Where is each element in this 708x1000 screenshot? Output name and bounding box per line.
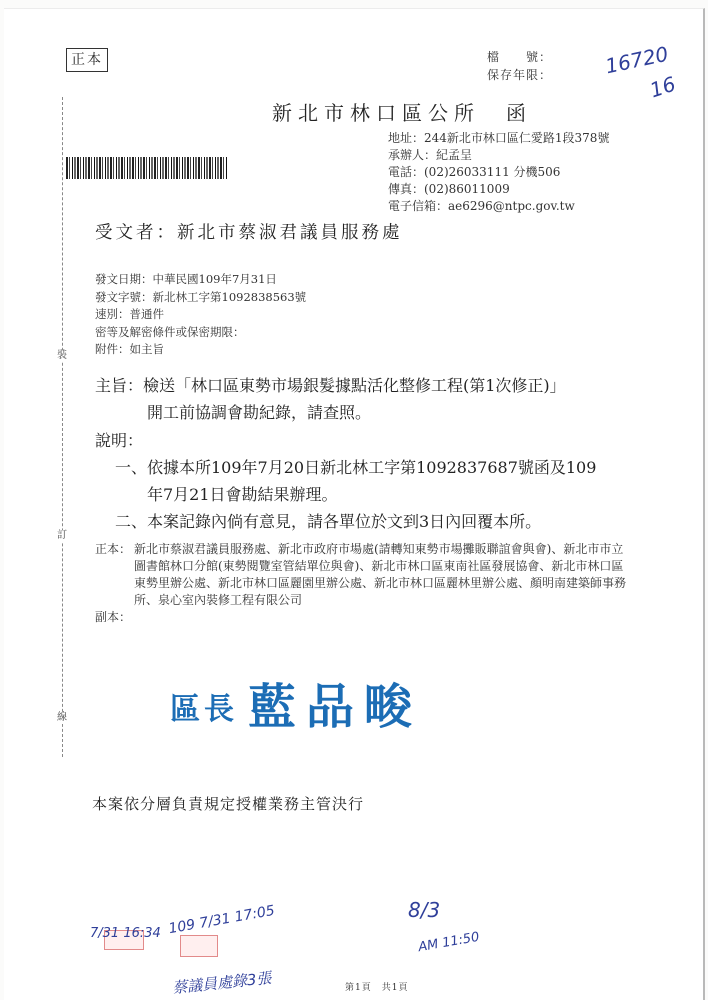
signature-title: 區長 bbox=[170, 692, 238, 727]
binding-char-zhuang: 裝 bbox=[57, 350, 67, 362]
page-number: 第1頁 共1頁 bbox=[345, 980, 408, 993]
phone: 電話：(02)26033111 分機506 bbox=[388, 164, 609, 181]
explanation-item-2: 二、本案記錄內倘有意見，請各單位於文到3日內回覆本所。 bbox=[95, 508, 596, 535]
binding-line bbox=[62, 97, 63, 757]
file-info: 檔 號： 保存年限： bbox=[487, 48, 552, 84]
address: 地址：244新北市林口區仁愛路1段378號 bbox=[388, 130, 609, 147]
signature-stamp: 區長藍品畯 bbox=[170, 668, 422, 737]
copy-recipients-label: 副本： bbox=[95, 609, 134, 626]
subject-block: 主旨：檢送「林口區東勢市場銀髮據點活化整修工程(第1次修正)」 開工前協調會勘紀… bbox=[95, 372, 566, 426]
handler: 承辦人：紀孟呈 bbox=[388, 147, 609, 164]
retention-label: 保存年限： bbox=[487, 66, 552, 84]
fax: 傳真：(02)86011009 bbox=[388, 181, 609, 198]
explanation-heading: 說明： bbox=[95, 427, 596, 454]
delegation-note: 本案依分層負責規定授權業務主管決行 bbox=[92, 793, 364, 814]
original-recipients: 新北市蔡淑君議員服務處、新北市政府市場處(請轉知東勢市場攤販聯誼會與會)、新北市… bbox=[134, 541, 634, 609]
speed-class: 速別：普通件 bbox=[95, 306, 306, 324]
binding-char-ding: 訂 bbox=[57, 530, 67, 542]
original-recipients-label: 正本： bbox=[95, 541, 134, 609]
handwritten-stamp1-date: 7/31 16:34 bbox=[90, 926, 161, 941]
email: 電子信箱：ae6296@ntpc.gov.tw bbox=[388, 198, 609, 215]
explanation-item-1: 一、依據本所109年7月20日新北林工字第1092837687號函及109 bbox=[95, 454, 596, 481]
document-number: 發文字號：新北林工字第1092838563號 bbox=[95, 289, 306, 307]
explanation-block: 說明： 一、依據本所109年7月20日新北林工字第1092837687號函及10… bbox=[95, 427, 596, 535]
attachment: 附件：如主旨 bbox=[95, 341, 306, 359]
distribution-block: 正本： 新北市蔡淑君議員服務處、新北市政府市場處(請轉知東勢市場攤販聯誼會與會)… bbox=[95, 541, 634, 626]
subject-line-1: 主旨：檢送「林口區東勢市場銀髮據點活化整修工程(第1次修正)」 bbox=[95, 372, 566, 399]
handwritten-right-note-1: 8/3 bbox=[408, 898, 440, 922]
received-stamp-2 bbox=[180, 935, 218, 957]
subject-line-2: 開工前協調會勘紀錄，請查照。 bbox=[95, 399, 566, 426]
explanation-item-1-cont: 年7月21日會勘結果辦理。 bbox=[95, 481, 596, 508]
issue-date: 發文日期：中華民國109年7月31日 bbox=[95, 271, 306, 289]
recipient: 受文者：新北市蔡淑君議員服務處 bbox=[95, 219, 403, 244]
confidentiality: 密等及解密條件或保密期限： bbox=[95, 324, 306, 342]
barcode bbox=[66, 157, 228, 179]
file-number-label: 檔 號： bbox=[487, 48, 552, 66]
agency-title: 新北市林口區公所 函 bbox=[272, 97, 532, 126]
binding-char-xian: 線 bbox=[57, 712, 67, 724]
original-copy-label: 正本 bbox=[66, 48, 108, 72]
contact-block: 地址：244新北市林口區仁愛路1段378號 承辦人：紀孟呈 電話：(02)260… bbox=[388, 130, 609, 215]
signature-name: 藍品畯 bbox=[248, 679, 422, 735]
meta-block: 發文日期：中華民國109年7月31日 發文字號：新北林工字第1092838563… bbox=[95, 271, 306, 359]
